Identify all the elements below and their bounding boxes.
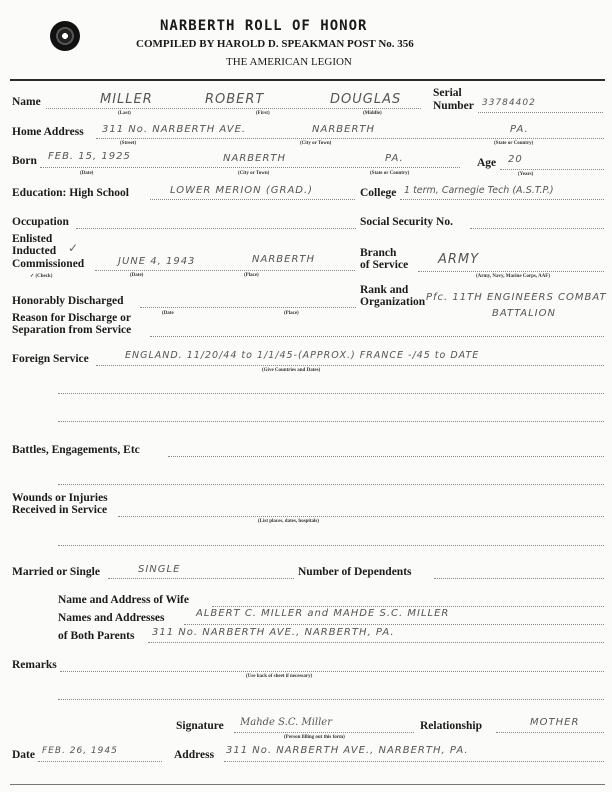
foreign-service-label: Foreign Service (12, 353, 89, 365)
born-line (40, 167, 460, 168)
date-value[interactable]: FEB. 26, 1945 (42, 746, 118, 756)
entry-line (95, 270, 355, 271)
address-label: Address (174, 749, 214, 761)
branch-value[interactable]: ARMY (438, 252, 479, 267)
caption-middle: (Middle) (363, 111, 382, 116)
footer-rule (10, 784, 605, 785)
college-value[interactable]: 1 term, Carnegie Tech (A.S.T.P.) (404, 185, 554, 196)
parents-names-line (184, 624, 604, 625)
signature-line (234, 732, 414, 733)
age-line (500, 169, 604, 170)
caption-wounds: (List places, dates, hospitals) (258, 519, 319, 524)
remarks-label: Remarks (12, 659, 57, 671)
foreign-service-line (96, 365, 604, 366)
discharged-label: Honorably Discharged (12, 295, 124, 307)
date-label: Date (12, 749, 35, 761)
home-street-value[interactable]: 311 No. NARBERTH AVE. (102, 124, 246, 135)
age-value[interactable]: 20 (508, 154, 523, 165)
caption-state: (State or Country) (494, 141, 533, 146)
married-or-single-label: Married or Single (12, 566, 100, 578)
inducted-checkmark-icon[interactable]: ✓ (68, 241, 78, 255)
remarks-field[interactable] (60, 671, 604, 672)
organization-label: Organization (360, 296, 425, 308)
rank-label: Rank and (360, 284, 408, 296)
caption-remarks: (Use back of sheet if necessary) (246, 674, 312, 679)
home-address-label: Home Address (12, 126, 84, 138)
age-label: Age (477, 157, 496, 169)
rank-value-line2[interactable]: BATTALION (492, 308, 556, 319)
caption-branch: (Army, Navy, Marine Corps, AAF) (476, 274, 550, 279)
commissioned-label: Commissioned (12, 258, 84, 270)
born-state-value[interactable]: PA. (385, 153, 404, 164)
name-first-value[interactable]: ROBERT (205, 92, 264, 107)
serial-label: Serial (433, 87, 462, 99)
occupation-label: Occupation (12, 216, 69, 228)
college-line (400, 199, 604, 200)
high-school-line (150, 199, 355, 200)
serial-number-label: Number (433, 100, 474, 112)
born-label: Born (12, 155, 37, 167)
home-state-value[interactable]: PA. (510, 124, 529, 135)
ssn-field[interactable] (470, 228, 604, 229)
wife-label: Name and Address of Wife (58, 594, 189, 606)
caption-signature: (Person filling out this form) (284, 735, 345, 740)
occupation-field[interactable] (76, 228, 356, 229)
caption-discharge-date: (Date (162, 311, 174, 316)
caption-discharge-place: (Place) (284, 311, 299, 316)
born-date-value[interactable]: FEB. 15, 1925 (48, 151, 131, 162)
branch-of-service-label: of Service (360, 259, 408, 271)
caption-entry-place: (Place) (244, 273, 259, 278)
relationship-label: Relationship (420, 720, 482, 732)
caption-entry-date: (Date) (130, 273, 143, 278)
caption-foreign-service: (Give Countries and Dates) (262, 368, 320, 373)
name-last-value[interactable]: MILLER (100, 92, 153, 107)
parents-address-value[interactable]: 311 No. NARBERTH AVE., NARBERTH, PA. (152, 627, 395, 638)
battles-field[interactable] (168, 456, 604, 457)
branch-label: Branch (360, 247, 396, 259)
dependents-label: Number of Dependents (298, 566, 412, 578)
marital-line (108, 578, 294, 579)
caption-street: (Street) (120, 141, 136, 146)
entry-date-value[interactable]: JUNE 4, 1943 (118, 256, 195, 267)
wounds-field[interactable] (118, 516, 604, 517)
address-line (224, 761, 604, 762)
caption-born-date: (Date) (80, 171, 93, 176)
address-value[interactable]: 311 No. NARBERTH AVE., NARBERTH, PA. (226, 745, 469, 756)
parents-address-line (148, 642, 604, 643)
caption-last: (Last) (118, 111, 131, 116)
caption-born-state: (State or Country) (370, 171, 409, 176)
received-in-service-label: Received in Service (12, 504, 107, 516)
battles-field-2[interactable] (58, 484, 604, 485)
parents-label: Names and Addresses (58, 612, 165, 624)
enlisted-label: Enlisted (12, 233, 52, 245)
inducted-label: Inducted (12, 245, 56, 257)
college-label: College (360, 187, 396, 199)
reason-field[interactable] (150, 336, 604, 337)
caption-check: ✓ (Check) (30, 273, 52, 279)
caption-first: (First) (256, 111, 270, 116)
branch-line (418, 271, 604, 272)
serial-line (478, 112, 603, 113)
form-subtitle: COMPILED BY HAROLD D. SPEAKMAN POST No. … (136, 38, 414, 50)
home-address-line (96, 138, 604, 139)
name-middle-value[interactable]: DOUGLAS (330, 92, 401, 107)
home-city-value[interactable]: NARBERTH (312, 124, 375, 135)
american-legion-emblem-icon (50, 21, 80, 51)
signature-label: Signature (176, 720, 224, 732)
remarks-field-2[interactable] (58, 699, 604, 700)
roll-of-honor-form: NARBERTH ROLL OF HONOR COMPILED BY HAROL… (0, 0, 612, 792)
signature-value[interactable]: Mahde S.C. Miller (240, 717, 332, 728)
header-rule (10, 79, 605, 81)
foreign-service-value[interactable]: ENGLAND. 11/20/44 to 1/1/45-(APPROX.) FR… (125, 350, 479, 361)
both-parents-label: of Both Parents (58, 630, 134, 642)
battles-label: Battles, Engagements, Etc (12, 444, 140, 456)
ssn-label: Social Security No. (360, 216, 453, 228)
wounds-label: Wounds or Injuries (12, 492, 108, 504)
foreign-service-line-3[interactable] (58, 421, 604, 422)
foreign-service-line-2[interactable] (58, 393, 604, 394)
born-city-value[interactable]: NARBERTH (223, 153, 286, 164)
education-label: Education: High School (12, 187, 129, 199)
name-label: Name (12, 96, 41, 108)
relationship-value[interactable]: MOTHER (530, 717, 579, 728)
serial-number-value[interactable]: 33784402 (482, 98, 536, 108)
rank-value[interactable]: Pfc. 11TH ENGINEERS COMBAT (426, 292, 607, 303)
relationship-line (496, 732, 604, 733)
date-line (38, 761, 162, 762)
form-organization: THE AMERICAN LEGION (226, 56, 352, 68)
discharged-field[interactable] (140, 307, 356, 308)
marital-value[interactable]: SINGLE (138, 564, 180, 575)
caption-born-city: (City or Town) (238, 171, 269, 176)
caption-city: (City or Town) (300, 141, 331, 146)
form-title: NARBERTH ROLL OF HONOR (160, 18, 367, 34)
caption-age: (Years) (518, 172, 533, 177)
dependents-field[interactable] (434, 578, 604, 579)
name-line (46, 108, 421, 109)
reason-label: Reason for Discharge or (12, 312, 131, 324)
wounds-field-2[interactable] (58, 545, 604, 546)
parents-names-value[interactable]: ALBERT C. MILLER and MAHDE S.C. MILLER (196, 608, 449, 619)
separation-label: Separation from Service (12, 324, 131, 336)
entry-place-value[interactable]: NARBERTH (252, 254, 315, 265)
high-school-value[interactable]: LOWER MERION (GRAD.) (170, 185, 313, 196)
wife-field[interactable] (212, 606, 604, 607)
